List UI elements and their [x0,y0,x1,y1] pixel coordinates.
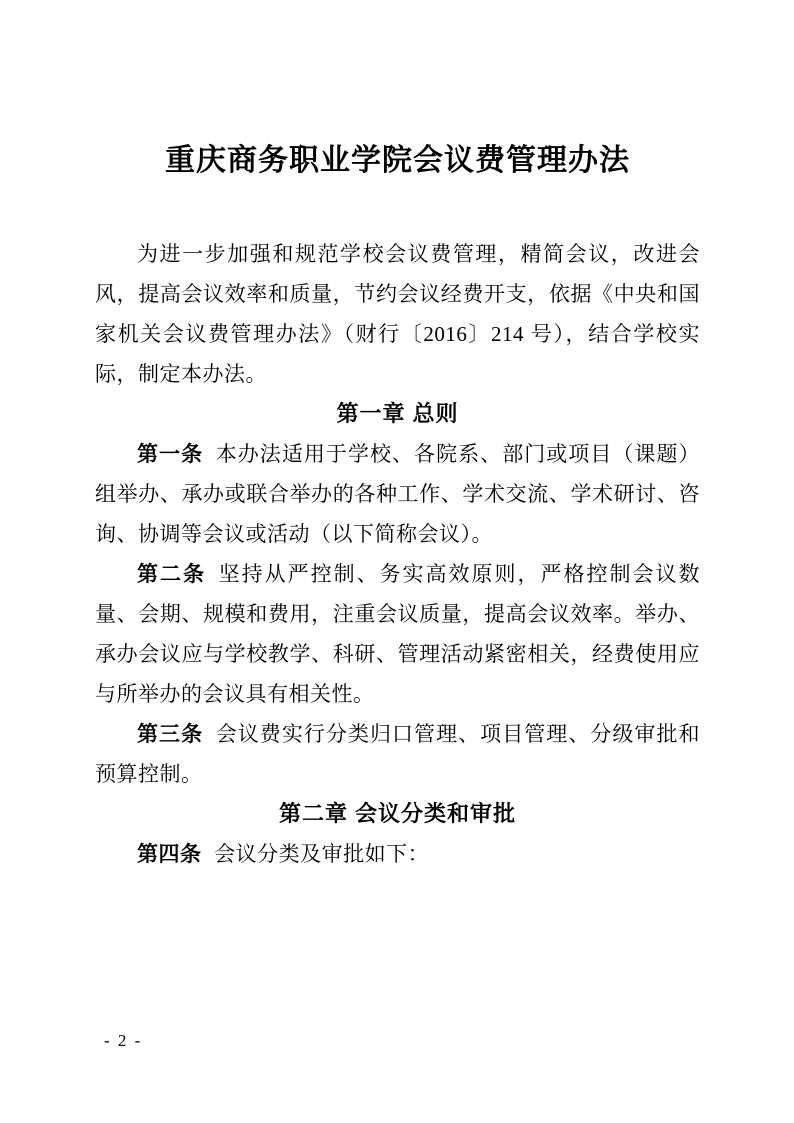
article-1-label: 第一条 [137,442,203,466]
article-2-label: 第二条 [137,562,206,586]
intro-paragraph: 为进一步加强和规范学校会议费管理，精简会议，改进会风，提高会议效率和质量，节约会… [95,234,700,394]
article-4-text: 会议分类及审批如下： [214,842,429,866]
article-1: 第一条本办法适用于学校、各院系、部门或项目（课题）组举办、承办或联合举办的各种工… [95,434,700,554]
chapter-1-heading: 第一章 总则 [95,394,700,434]
article-4: 第四条会议分类及审批如下： [95,834,700,874]
page-number: - 2 - [104,1031,142,1051]
article-3: 第三条会议费实行分类归口管理、项目管理、分级审批和预算控制。 [95,714,700,794]
article-2: 第二条坚持从严控制、务实高效原则，严格控制会议数量、会期、规模和费用，注重会议质… [95,554,700,714]
chapter-2-heading: 第二章 会议分类和审批 [95,794,700,834]
document-title: 重庆商务职业学院会议费管理办法 [95,142,700,180]
document-page: 重庆商务职业学院会议费管理办法 为进一步加强和规范学校会议费管理，精简会议，改进… [0,0,794,1123]
article-3-label: 第三条 [137,722,203,746]
article-4-label: 第四条 [137,842,202,866]
